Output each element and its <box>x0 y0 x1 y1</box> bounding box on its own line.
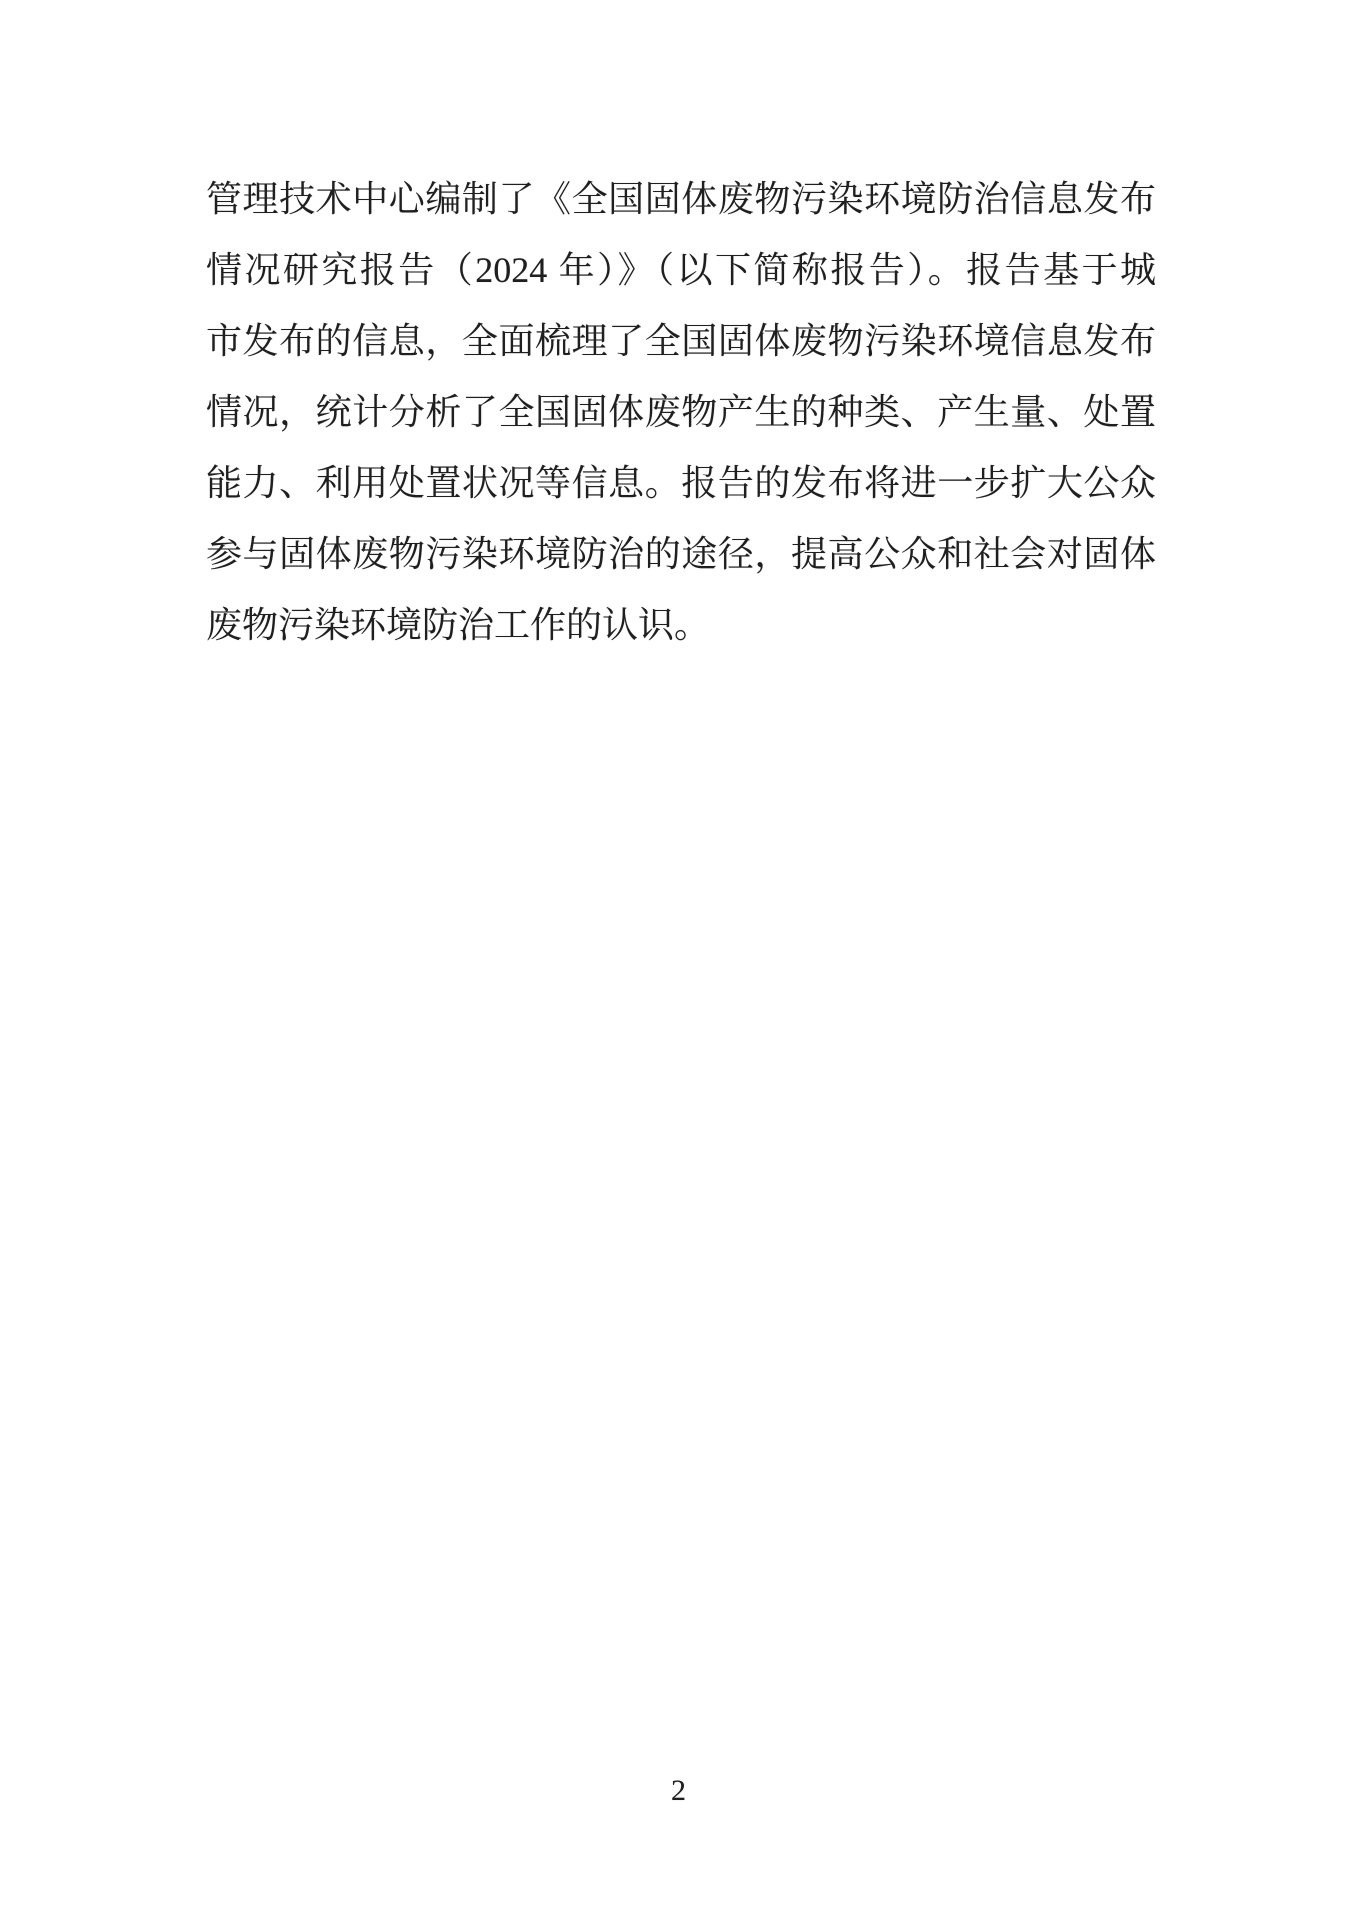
paragraph-line: 能力、利用处置状况等信息。报告的发布将进一步扩大公众 <box>206 448 1156 519</box>
paragraph-line: 废物污染环境防治工作的认识。 <box>206 590 1156 661</box>
document-page: 管理技术中心编制了《全国固体废物污染环境防治信息发布 情况研究报告（2024 年… <box>0 0 1357 1920</box>
paragraph-line: 管理技术中心编制了《全国固体废物污染环境防治信息发布 <box>206 164 1156 235</box>
page-number: 2 <box>0 1774 1357 1808</box>
paragraph-line: 情况，统计分析了全国固体废物产生的种类、产生量、处置 <box>206 377 1156 448</box>
paragraph-line: 情况研究报告（2024 年）》（以下简称报告）。报告基于城 <box>206 235 1156 306</box>
paragraph-line: 参与固体废物污染环境防治的途径，提高公众和社会对固体 <box>206 519 1156 590</box>
body-paragraph: 管理技术中心编制了《全国固体废物污染环境防治信息发布 情况研究报告（2024 年… <box>206 164 1156 661</box>
paragraph-line: 市发布的信息，全面梳理了全国固体废物污染环境信息发布 <box>206 306 1156 377</box>
